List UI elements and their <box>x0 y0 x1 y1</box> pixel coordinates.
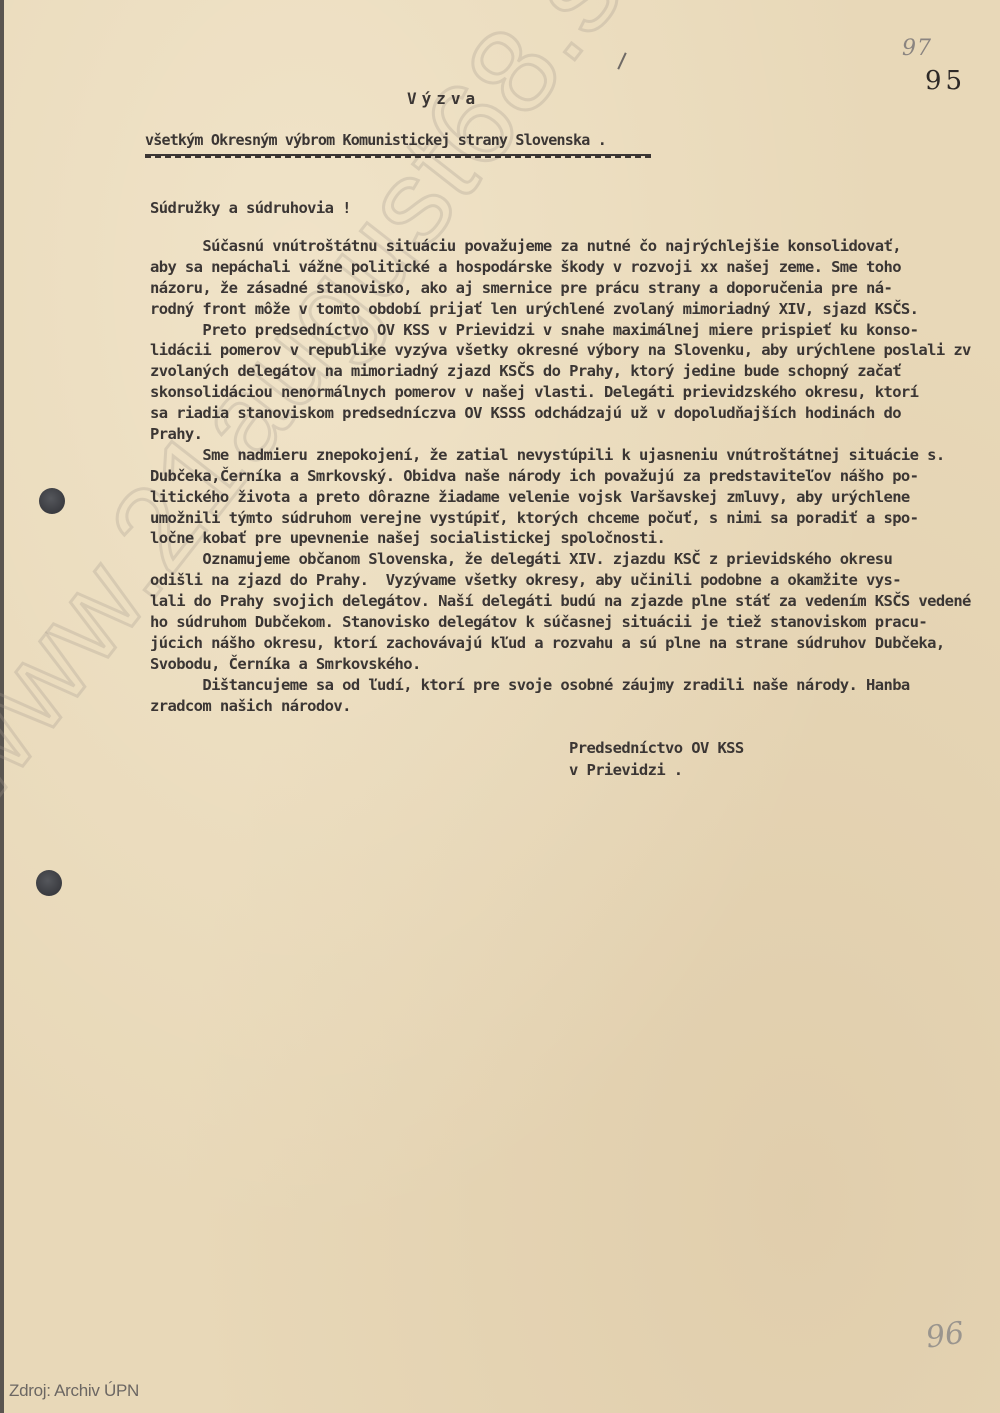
signature-line: Predsedníctvo OV KSS <box>569 737 744 759</box>
text-line: ho súdruhom Dubčekom. Stanovisko delegát… <box>150 612 971 633</box>
text-line: Sme nadmieru znepokojení, že zatial nevy… <box>150 445 971 466</box>
text-line: zvolaných delegátov na mimoriadný zjazd … <box>150 361 971 382</box>
text-line: litického života a preto dôrazne žiadame… <box>150 487 971 508</box>
text-line: Dištancujeme sa od ľudí, ktorí pre svoje… <box>150 675 971 696</box>
handwritten-page-number: 97 <box>902 36 932 61</box>
text-line: lali do Prahy svojich delegátov. Naší de… <box>150 591 971 612</box>
signature-block: Predsedníctvo OV KSSv Prievidzi . <box>569 737 744 781</box>
document-subtitle: všetkým Okresným výbrom Komunistickej st… <box>145 130 606 151</box>
text-line: júcich nášho okresu, ktorí zachovávajú k… <box>150 633 971 654</box>
text-line: Oznamujeme občanom Slovenska, že delegát… <box>150 549 971 570</box>
text-line: názoru, že zásadné stanovisko, ako aj sm… <box>150 278 971 299</box>
text-line: lidácii pomerov v republike vyzýva všetk… <box>150 340 971 361</box>
punch-hole <box>36 870 62 896</box>
document-title: Výzva <box>407 89 480 110</box>
text-line: aby sa nepáchali vážne politické a hospo… <box>150 257 971 278</box>
signature-line: v Prievidzi . <box>569 759 744 781</box>
scan-edge <box>0 0 4 1413</box>
text-line: zradcom našich národov. <box>150 696 971 717</box>
text-line: Súčasnú vnútroštátnu situáciu považujeme… <box>150 236 971 257</box>
text-line: Svobodu, Černíka a Smrkovského. <box>150 654 971 675</box>
body-text: Súčasnú vnútroštátnu situáciu považujeme… <box>150 236 971 716</box>
text-line: skonsolidáciou nenormálnych pomerov v na… <box>150 382 971 403</box>
text-line: umožnili týmto súdruhom verejne vystúpiť… <box>150 508 971 529</box>
text-line: sa riadia stanoviskom predsedníczva OV K… <box>150 403 971 424</box>
salutation: Súdružky a súdruhovia ! <box>150 198 351 219</box>
text-line: Preto predsedníctvo OV KSS v Prievidzi v… <box>150 320 971 341</box>
text-line: ločne kobať pre upevnenie našej socialis… <box>150 528 971 549</box>
text-line: odišli na zjazd do Prahy. Vyzývame všetk… <box>150 570 971 591</box>
text-line: rodný front môže v tomto období prijať l… <box>150 299 971 320</box>
subtitle-underline <box>145 154 651 158</box>
handwritten-page-number-bottom: 96 <box>924 1316 967 1356</box>
punch-hole <box>39 488 65 514</box>
text-line: Dubčeka,Černíka a Smrkovský. Obidva naše… <box>150 466 971 487</box>
source-caption: Zdroj: Archiv ÚPN <box>9 1381 139 1401</box>
page-number: 95 <box>925 66 966 96</box>
text-line: Prahy. <box>150 424 971 445</box>
